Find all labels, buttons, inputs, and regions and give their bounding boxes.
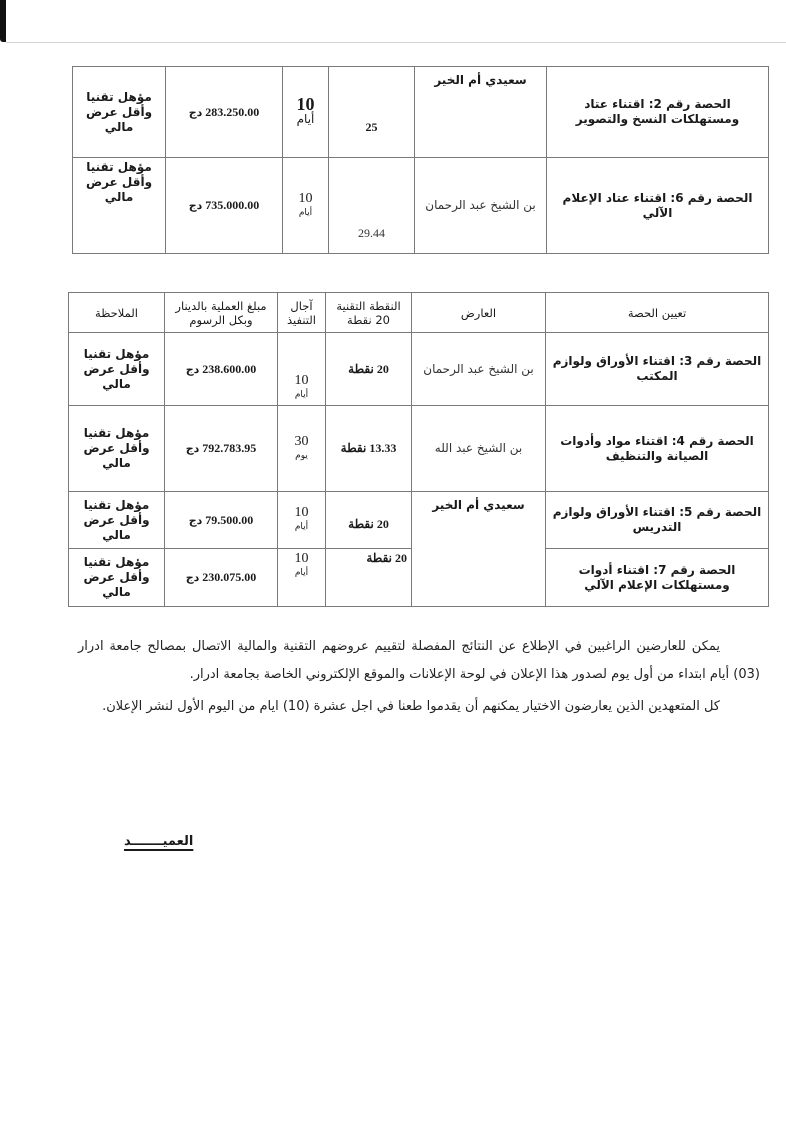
technical-score-cell: 20 نقطة [326,333,412,406]
amount-cell: 283.250.00 دج [166,67,283,158]
technical-score-cell: 20 نقطة [326,492,412,549]
duration-value: 10 [282,551,321,566]
amount-value: 283.250.00 [205,105,259,119]
table-row: الحصة رقم 6: اقتناء عتاد الإعلام الآلي ب… [73,158,769,254]
amount-cell: 735.000.00 دج [166,158,283,254]
note-cell: مؤهل تقنيا وأقل عرض مالي [69,549,165,607]
duration-unit: أيام [282,566,321,581]
results-table-main: تعيين الحصة العارض النقطة التقنية 20 نقط… [68,292,769,607]
header-duration: آجال التنفيذ [278,293,326,333]
amount-cell: 79.500.00 دج [165,492,278,549]
amount-cell: 230.075.00 دج [165,549,278,607]
paragraph-consultation: يمكن للعارضين الراغبين في الإطلاع عن الن… [78,633,760,689]
duration-value: 30 [282,434,321,449]
note-cell: مؤهل تقنيا وأقل عرض مالي [73,158,166,254]
notice-text: يمكن للعارضين الراغبين في الإطلاع عن الن… [78,633,760,721]
amount-value: 792.783.95 [202,441,256,455]
lot-cell: الحصة رقم 7: اقتناء أدوات ومستهلكات الإع… [546,549,769,607]
paragraph-appeal: كل المتعهدين الذين يعارضون الاختيار يمكن… [78,693,760,721]
technical-score-cell: 13.33 نقطة [326,406,412,492]
duration-unit: أيام [287,112,324,127]
duration-cell: 10 أيام [278,333,326,406]
currency-label: دج [186,363,200,376]
header-bidder: العارض [412,293,546,333]
header-note: الملاحظة [69,293,165,333]
duration-unit: أيام [287,206,324,221]
duration-cell: 10 أيام [283,158,329,254]
lot-cell: الحصة رقم 6: اقتناء عتاد الإعلام الآلي [547,158,769,254]
duration-cell: 10 أيام [278,549,326,607]
header-lot: تعيين الحصة [546,293,769,333]
currency-label: دج [189,106,203,119]
table-row: الحصة رقم 5: اقتناء الأوراق ولوازم التدر… [69,492,769,549]
duration-cell: 10 أيام [283,67,329,158]
technical-score-cell: 25 [329,67,415,158]
duration-cell: 10 أيام [278,492,326,549]
bidder-cell: بن الشيخ عبد الله [412,406,546,492]
amount-value: 230.075.00 [202,570,256,584]
lot-cell: الحصة رقم 2: اقتناء عتاد ومستهلكات النسخ… [547,67,769,158]
duration-unit: أيام [282,388,321,403]
currency-label: دج [186,442,200,455]
lot-cell: الحصة رقم 3: اقتناء الأوراق ولوازم المكت… [546,333,769,406]
amount-cell: 792.783.95 دج [165,406,278,492]
scan-edge-mark [0,0,6,42]
bidder-cell-merged: سعيدي أم الخير [412,492,546,607]
duration-cell: 30 يوم [278,406,326,492]
lot-cell: الحصة رقم 5: اقتناء الأوراق ولوازم التدر… [546,492,769,549]
duration-value: 10 [287,97,324,112]
duration-value: 10 [282,505,321,520]
bidder-cell: بن الشيخ عبد الرحمان [412,333,546,406]
header-technical-score: النقطة التقنية 20 نقطة [326,293,412,333]
table-row: الحصة رقم 4: اقتناء مواد وأدوات الصيانة … [69,406,769,492]
header-amount: مبلغ العملية بالدينار وبكل الرسوم [165,293,278,333]
dean-signature-label: العميـــــــد [124,834,193,849]
technical-score-cell: 20 نقطة [326,549,412,607]
bidder-cell: سعيدي أم الخير [415,67,547,158]
currency-label: دج [189,514,203,527]
lot-cell: الحصة رقم 4: اقتناء مواد وأدوات الصيانة … [546,406,769,492]
note-cell: مؤهل تقنيا وأقل عرض مالي [69,333,165,406]
currency-label: دج [186,571,200,584]
amount-value: 79.500.00 [205,513,253,527]
bidder-cell: بن الشيخ عبد الرحمان [415,158,547,254]
results-table-continued: الحصة رقم 2: اقتناء عتاد ومستهلكات النسخ… [72,66,769,254]
currency-label: دج [189,199,203,212]
scan-edge-line [6,42,786,43]
amount-cell: 238.600.00 دج [165,333,278,406]
note-cell: مؤهل تقنيا وأقل عرض مالي [73,67,166,158]
table-row: الحصة رقم 3: اقتناء الأوراق ولوازم المكت… [69,333,769,406]
duration-unit: أيام [282,520,321,535]
duration-unit: يوم [282,449,321,464]
amount-value: 238.600.00 [202,362,256,376]
note-cell: مؤهل تقنيا وأقل عرض مالي [69,492,165,549]
table-header-row: تعيين الحصة العارض النقطة التقنية 20 نقط… [69,293,769,333]
table-row: الحصة رقم 2: اقتناء عتاد ومستهلكات النسخ… [73,67,769,158]
amount-value: 735.000.00 [205,198,259,212]
note-cell: مؤهل تقنيا وأقل عرض مالي [69,406,165,492]
technical-score-cell: 29.44 [329,158,415,254]
duration-value: 10 [287,191,324,206]
duration-value: 10 [282,373,321,388]
